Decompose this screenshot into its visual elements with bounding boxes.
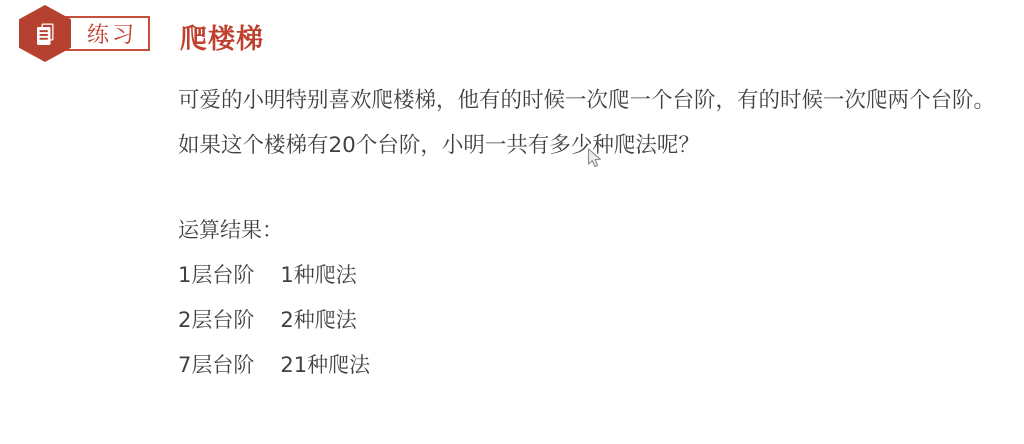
problem-line-1: 可爱的小明特别喜欢爬楼梯，他有的时候一次爬一个台阶，有的时候一次爬两个台阶。 [178, 78, 1018, 123]
result-ways: 1种爬法 [280, 259, 356, 289]
result-ways: 21种爬法 [280, 349, 370, 379]
result-steps: 1层台阶 [178, 259, 254, 289]
page-title: 爬楼梯 [180, 17, 264, 56]
badge-label-box: 练习 [60, 16, 150, 51]
result-ways: 2种爬法 [280, 304, 356, 334]
results-block: 运算结果： 1层台阶 1种爬法 2层台阶 2种爬法 7层台阶 21种爬法 [178, 206, 370, 386]
document-icon [33, 21, 57, 47]
mouse-cursor-icon [587, 148, 603, 170]
badge-hexagon [19, 5, 71, 62]
result-row: 7层台阶 21种爬法 [178, 341, 370, 386]
badge-label: 练习 [73, 18, 137, 49]
result-row: 1层台阶 1种爬法 [178, 251, 370, 296]
result-steps: 2层台阶 [178, 304, 254, 334]
practice-slide: 练习 爬楼梯 可爱的小明特别喜欢爬楼梯，他有的时候一次爬一个台阶，有的时候一次爬… [0, 0, 1024, 444]
result-row: 2层台阶 2种爬法 [178, 296, 370, 341]
result-steps: 7层台阶 [178, 349, 254, 379]
results-label: 运算结果： [178, 206, 370, 251]
